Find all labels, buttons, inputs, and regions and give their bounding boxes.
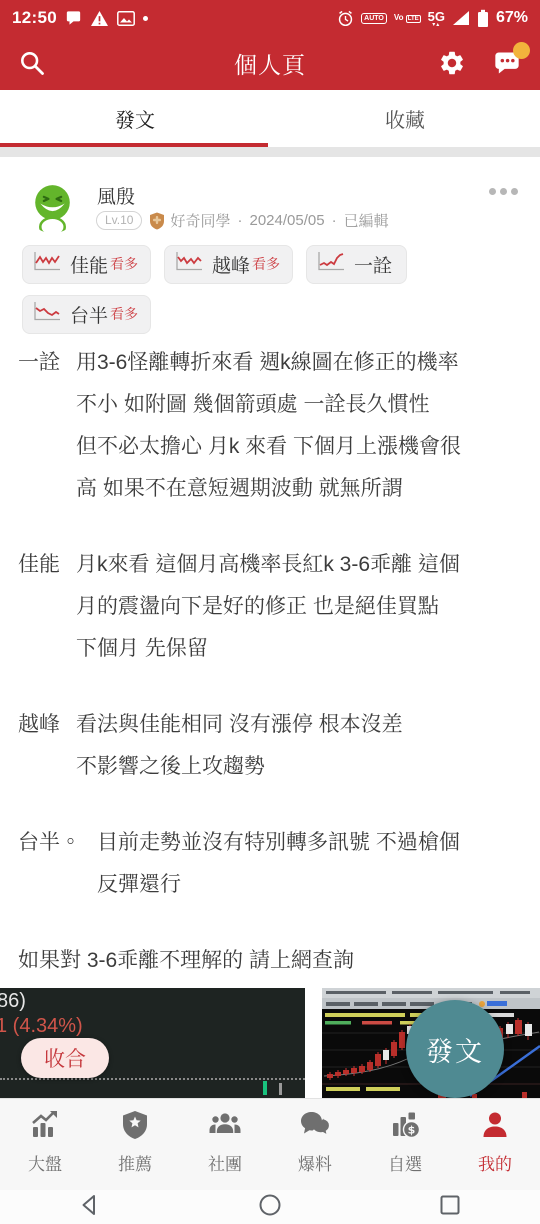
gray-tick	[279, 1083, 282, 1095]
recents-button[interactable]	[438, 1193, 462, 1222]
sparkline-icon	[174, 250, 204, 278]
nav-item-market[interactable]: 大盤	[0, 1099, 90, 1191]
bottom-nav: 大盤 推薦 社團 爆料 $ 自選	[0, 1098, 540, 1191]
post-paragraph: 一詮 用3-6怪離轉折來看 週k線圖在修正的機率 不小 如附圖 幾個箭頭處 一詮…	[18, 342, 532, 510]
clock-time: 12:50	[12, 8, 57, 28]
new-post-fab[interactable]: 發文	[406, 1000, 504, 1098]
auto-rotate-icon: AUTO	[361, 13, 387, 24]
nav-item-groups[interactable]: 社團	[180, 1099, 270, 1191]
unread-badge	[513, 42, 530, 59]
tab-posts[interactable]: 發文	[0, 90, 270, 147]
stock-tag[interactable]: 一詮	[306, 245, 407, 284]
post-paragraph: 如果對 3-6乖離不理解的 請上網查詢	[18, 940, 532, 982]
post-paragraph: 佳能 月k來看 這個月高機率長紅k 3-6乖離 這個 月的震盪向下是好的修正 也…	[18, 544, 532, 670]
home-button[interactable]	[258, 1193, 282, 1222]
post-meta: Lv.10 好奇同學 · 2024/05/05 · 已編輯	[96, 210, 389, 231]
medal-shield-icon	[149, 212, 165, 230]
settings-gear-icon[interactable]	[438, 49, 466, 77]
alarm-icon	[337, 10, 354, 27]
status-bar: 12:50 AUTO Vo LTE 5G ▾▴	[0, 0, 540, 36]
post-paragraph: 越峰 看法與佳能相同 沒有漲停 根本沒差 不影響之後上攻趨勢	[18, 704, 532, 788]
post-body: 一詮 用3-6怪離轉折來看 週k線圖在修正的機率 不小 如附圖 幾個箭頭處 一詮…	[18, 342, 532, 982]
author-name[interactable]: 風殷	[97, 182, 135, 209]
battery-percent: 67%	[496, 9, 528, 27]
stock-tag[interactable]: 佳能 看多	[22, 245, 151, 284]
person-icon	[479, 1109, 511, 1146]
shield-star-icon	[119, 1109, 151, 1146]
network-type: 5G ▾▴	[428, 10, 445, 27]
nav-item-watchlist[interactable]: $ 自選	[360, 1099, 450, 1191]
notification-message-icon	[65, 10, 82, 26]
level-badge: Lv.10	[96, 211, 142, 230]
search-icon[interactable]	[18, 49, 46, 77]
sparkline-icon	[32, 300, 62, 328]
volte-icon: Vo LTE	[394, 14, 421, 22]
section-divider	[0, 147, 540, 157]
tab-favorites[interactable]: 收藏	[270, 90, 540, 147]
green-tick	[263, 1081, 267, 1095]
watchlist-coin-icon: $	[388, 1109, 422, 1146]
messages-icon[interactable]	[492, 49, 522, 77]
chat-bubbles-icon	[298, 1109, 332, 1146]
author-title: 好奇同學	[170, 210, 230, 231]
app-bar: 個人頁	[0, 36, 540, 90]
post-options-menu[interactable]	[489, 188, 518, 195]
nav-item-me[interactable]: 我的	[450, 1099, 540, 1191]
stock-tag[interactable]: 台半 看多	[22, 295, 151, 334]
ticker-text: 86)	[0, 990, 26, 1013]
back-button[interactable]	[78, 1193, 102, 1222]
warning-notification-icon	[90, 10, 109, 27]
chart-baseline	[0, 1078, 305, 1080]
sparkline-icon	[32, 250, 62, 278]
post-paragraph: 台半。 目前走勢並沒有特別轉多訊號 不過槍個 反彈還行	[18, 822, 532, 906]
stock-tags: 佳能 看多 越峰 看多 一詮 台半 看多	[22, 245, 522, 334]
market-chart-icon	[28, 1109, 62, 1146]
nav-item-recommend[interactable]: 推薦	[90, 1099, 180, 1191]
sparkline-icon	[316, 250, 346, 278]
avatar[interactable]	[24, 176, 81, 233]
post-date: 2024/05/05	[249, 212, 324, 229]
collapse-button[interactable]: 收合	[21, 1038, 109, 1078]
battery-icon	[477, 9, 489, 28]
price-change-text: 1 (4.34%)	[0, 1015, 83, 1038]
quote-chart-thumbnail[interactable]: 86) 1 (4.34%) 收合	[0, 988, 305, 1098]
people-group-icon	[208, 1109, 242, 1146]
screenshot-notification-icon	[117, 11, 135, 26]
profile-tabs: 發文 收藏	[0, 90, 540, 147]
phone-screen: 12:50 AUTO Vo LTE 5G ▾▴	[0, 0, 540, 1224]
edited-label: 已編輯	[344, 210, 389, 231]
notification-dot-icon	[143, 16, 148, 21]
nav-item-rumors[interactable]: 爆料	[270, 1099, 360, 1191]
stock-tag[interactable]: 越峰 看多	[164, 245, 293, 284]
signal-strength-icon	[452, 10, 470, 26]
android-navigation-bar	[0, 1190, 540, 1224]
svg-text:$: $	[408, 1124, 416, 1137]
